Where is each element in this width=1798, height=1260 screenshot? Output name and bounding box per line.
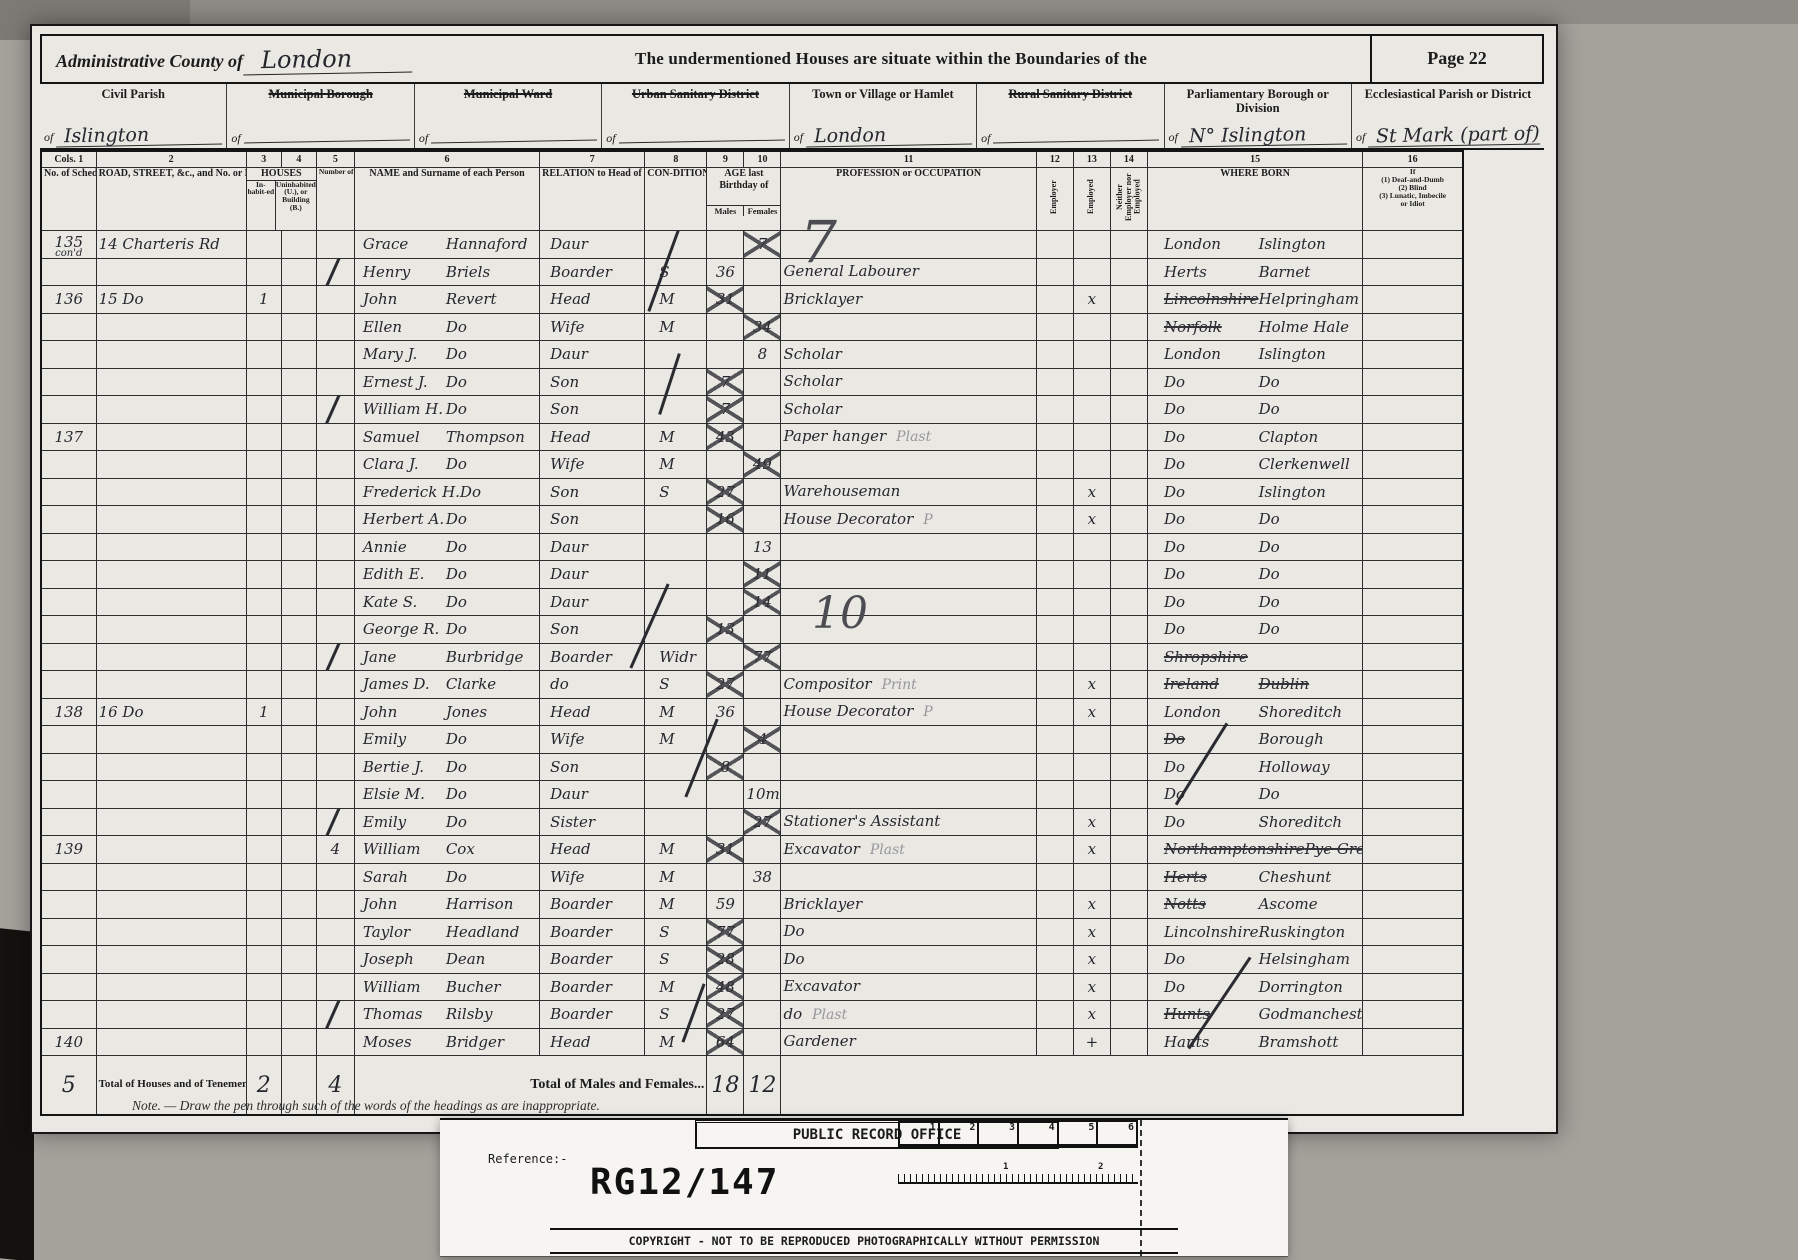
census-row: 138 16 Do 1 JohnJones Head M 36 House De… [41, 698, 1463, 726]
column-number: 7 [540, 151, 645, 168]
column-number: 11 [781, 151, 1036, 168]
road-name [96, 396, 246, 424]
age-female: 10mo [744, 781, 781, 809]
district-value [619, 140, 785, 144]
person-name: JohnRevert [354, 286, 539, 314]
inhabited-mark [246, 561, 281, 589]
schedule-number: 138 [41, 698, 96, 726]
profession [781, 863, 1036, 891]
age-male: 7 [707, 396, 744, 424]
profession [781, 451, 1036, 479]
column-number: Cols. 1 [41, 151, 96, 168]
person-name: Ernest J.Do [354, 368, 539, 396]
relation-to-head: Wife [540, 726, 645, 754]
employed-mark [1073, 533, 1110, 561]
employed-mark: x [1073, 478, 1110, 506]
where-born: NottsAscome [1147, 891, 1362, 919]
schedule-number [41, 478, 96, 506]
employer-mark [1036, 561, 1073, 589]
infirmity [1363, 451, 1463, 479]
district-label: Municipal Borough [231, 87, 409, 101]
infirmity [1363, 1028, 1463, 1056]
schedule-number [41, 808, 96, 836]
schedule-number [41, 506, 96, 534]
relation-to-head: Boarder [540, 891, 645, 919]
person-name: Clara J.Do [354, 451, 539, 479]
person-name: SamuelThompson [354, 423, 539, 451]
age-male: 43 [707, 423, 744, 451]
relation-to-head: Son [540, 368, 645, 396]
ruler-inch-mark: 2 [940, 1122, 980, 1146]
district-value: London [806, 125, 972, 148]
schedule-number: 136 [41, 286, 96, 314]
column-number: 3 [246, 151, 281, 168]
census-row: Kate S.Do Daur 14 DoDo [41, 588, 1463, 616]
inhabited-mark [246, 836, 281, 864]
age-female: 7 [744, 231, 781, 259]
infirmity [1363, 341, 1463, 369]
employed-mark [1073, 368, 1110, 396]
road-name [96, 533, 246, 561]
district-band: Civil Parish of Islington Municipal Boro… [40, 84, 1544, 150]
schedule-number [41, 726, 96, 754]
marital-condition: S [645, 946, 707, 974]
employed-mark: x [1073, 946, 1110, 974]
neither-mark [1110, 506, 1147, 534]
relation-to-head: Head [540, 836, 645, 864]
uninhabited-mark [281, 231, 316, 259]
schedule-number [41, 588, 96, 616]
census-row: George R.Do Son 13 DoDo [41, 616, 1463, 644]
schedule-number [41, 561, 96, 589]
road-name [96, 918, 246, 946]
infirmity [1363, 808, 1463, 836]
neither-mark [1110, 478, 1147, 506]
inhabited-mark [246, 231, 281, 259]
where-born: HertsCheshunt [1147, 863, 1362, 891]
relation-to-head: Head [540, 698, 645, 726]
rooms-count [316, 863, 354, 891]
profession: Scholar [781, 368, 1036, 396]
rooms-count [316, 588, 354, 616]
district-label: Rural Sanitary District [981, 87, 1159, 101]
district-cell: Municipal Borough of [227, 84, 414, 148]
census-row: Ernest J.Do Son 7 Scholar DoDo [41, 368, 1463, 396]
employer-mark [1036, 313, 1073, 341]
marital-condition: M [645, 863, 707, 891]
age-male [707, 533, 744, 561]
uninhabited-mark [281, 643, 316, 671]
where-born: IrelandDublin [1147, 671, 1362, 699]
uninhabited-mark [281, 533, 316, 561]
neither-mark [1110, 341, 1147, 369]
header-where-born: WHERE BORN [1147, 168, 1362, 231]
road-name [96, 258, 246, 286]
road-name [96, 368, 246, 396]
schedule-number [41, 863, 96, 891]
neither-mark [1110, 973, 1147, 1001]
district-of-line: of [231, 131, 409, 146]
schedule-number [41, 891, 96, 919]
employer-mark [1036, 231, 1073, 259]
uninhabited-mark [281, 258, 316, 286]
infirmity [1363, 863, 1463, 891]
totals-schedule: 5 [41, 1056, 96, 1116]
marital-condition [645, 533, 707, 561]
neither-mark [1110, 918, 1147, 946]
district-cell: Municipal Ward of [415, 84, 602, 148]
infirmity [1363, 671, 1463, 699]
person-name: JohnJones [354, 698, 539, 726]
age-male: 16 [707, 506, 744, 534]
age-female [744, 506, 781, 534]
relation-to-head: Son [540, 506, 645, 534]
age-male [707, 561, 744, 589]
header-relation: RELATION to Head of Family [540, 168, 645, 231]
ruler-inch-mark: 3 [979, 1122, 1019, 1146]
employed-mark: x [1073, 671, 1110, 699]
road-name [96, 808, 246, 836]
profession: Bricklayer [781, 286, 1036, 314]
rooms-count: 4 [316, 836, 354, 864]
uninhabited-mark [281, 506, 316, 534]
header-age-males: Males [707, 206, 744, 216]
schedule-number [41, 643, 96, 671]
marital-condition [645, 808, 707, 836]
rooms-count [316, 478, 354, 506]
schedule-number [41, 781, 96, 809]
uninhabited-mark [281, 973, 316, 1001]
profession: Scholar [781, 341, 1036, 369]
neither-mark [1110, 616, 1147, 644]
person-name: Frederick H.Do [354, 478, 539, 506]
uninhabited-mark [281, 451, 316, 479]
ruler-cm-mark: 2 [1098, 1162, 1103, 1172]
uninhabited-mark [281, 863, 316, 891]
road-name [96, 616, 246, 644]
profession [781, 643, 1036, 671]
age-female: 8 [744, 341, 781, 369]
rooms-count [316, 1001, 354, 1029]
rooms-count [316, 643, 354, 671]
census-row: 137 SamuelThompson Head M 43 Paper hange… [41, 423, 1463, 451]
employer-mark [1036, 946, 1073, 974]
employed-mark [1073, 781, 1110, 809]
relation-to-head: Head [540, 1028, 645, 1056]
census-table: Cols. 12345678910111213141516 No. of Sch… [40, 150, 1464, 1116]
age-male [707, 231, 744, 259]
inhabited-mark [246, 396, 281, 424]
infirmity [1363, 726, 1463, 754]
road-name [96, 423, 246, 451]
age-male: 13 [707, 616, 744, 644]
road-name [96, 753, 246, 781]
uninhabited-mark [281, 478, 316, 506]
marital-condition [645, 616, 707, 644]
where-born: HantsBramshott [1147, 1028, 1362, 1056]
employer-mark [1036, 973, 1073, 1001]
person-name: MosesBridger [354, 1028, 539, 1056]
relation-to-head: Wife [540, 863, 645, 891]
inhabited-mark [246, 478, 281, 506]
infirmity [1363, 533, 1463, 561]
uninhabited-mark [281, 671, 316, 699]
rooms-count [316, 781, 354, 809]
inhabited-mark [246, 671, 281, 699]
profession: Bricklayer [781, 891, 1036, 919]
census-row: Bertie J.Do Son 8 DoHolloway [41, 753, 1463, 781]
age-female [744, 478, 781, 506]
uninhabited-mark [281, 423, 316, 451]
marital-condition: M [645, 313, 707, 341]
neither-mark [1110, 561, 1147, 589]
relation-to-head: Daur [540, 588, 645, 616]
relation-to-head: Head [540, 286, 645, 314]
where-born: LondonIslington [1147, 231, 1362, 259]
where-born: DoDo [1147, 588, 1362, 616]
person-name: Bertie J.Do [354, 753, 539, 781]
neither-mark [1110, 1001, 1147, 1029]
marital-condition: S [645, 918, 707, 946]
rooms-count [316, 918, 354, 946]
inhabited-mark [246, 423, 281, 451]
census-row: Frederick H.Do Son S 27 Warehouseman x D… [41, 478, 1463, 506]
employer-mark [1036, 753, 1073, 781]
profession: Scholar [781, 396, 1036, 424]
census-row: Elsie M.Do Daur 10mo DoDo [41, 781, 1463, 809]
header-neither: Neither Employer nor Employed [1110, 168, 1147, 231]
age-female [744, 1028, 781, 1056]
of-label: of [606, 131, 615, 146]
district-label: Urban Sanitary District [606, 87, 784, 101]
census-row: Herbert A.Do Son 16 House DecoratorP x D… [41, 506, 1463, 534]
district-value [244, 140, 410, 144]
relation-to-head: Son [540, 478, 645, 506]
profession: Excavator [781, 973, 1036, 1001]
infirmity [1363, 918, 1463, 946]
relation-to-head: Head [540, 423, 645, 451]
infirmity [1363, 506, 1463, 534]
neither-mark [1110, 313, 1147, 341]
relation-to-head: Son [540, 753, 645, 781]
rooms-count [316, 451, 354, 479]
employer-mark [1036, 451, 1073, 479]
admin-county-label: Administrative County of [56, 51, 243, 72]
schedule-number: 137 [41, 423, 96, 451]
marital-condition: S [645, 258, 707, 286]
employer-mark [1036, 891, 1073, 919]
employer-mark [1036, 643, 1073, 671]
schedule-number [41, 973, 96, 1001]
neither-mark [1110, 588, 1147, 616]
road-name: 15 Do [96, 286, 246, 314]
census-row: 135con'd 14 Charteris Rd GraceHannaford … [41, 231, 1463, 259]
column-number: 8 [645, 151, 707, 168]
road-name [96, 1001, 246, 1029]
column-number: 2 [96, 151, 246, 168]
person-name: Mary J.Do [354, 341, 539, 369]
employed-mark: x [1073, 973, 1110, 1001]
inhabited-mark [246, 918, 281, 946]
relation-to-head: Daur [540, 781, 645, 809]
relation-to-head: Wife [540, 313, 645, 341]
district-cell: Town or Village or Hamlet of London [790, 84, 977, 148]
district-value: St Mark (part of) [1368, 125, 1540, 148]
neither-mark [1110, 231, 1147, 259]
employer-mark [1036, 506, 1073, 534]
employed-mark: x [1073, 286, 1110, 314]
age-female [744, 396, 781, 424]
relation-to-head: Sister [540, 808, 645, 836]
inhabited-mark [246, 1028, 281, 1056]
rooms-count [316, 808, 354, 836]
rooms-count [316, 396, 354, 424]
schedule-number: 135con'd [41, 231, 96, 259]
inhabited-mark [246, 973, 281, 1001]
rooms-count [316, 1028, 354, 1056]
neither-mark [1110, 726, 1147, 754]
uninhabited-mark [281, 918, 316, 946]
age-male: 36 [707, 698, 744, 726]
totals-females: 12 [744, 1056, 781, 1116]
person-name: William H.Do [354, 396, 539, 424]
schedule-number: 139 [41, 836, 96, 864]
person-name: SarahDo [354, 863, 539, 891]
employed-mark [1073, 451, 1110, 479]
person-name: HenryBriels [354, 258, 539, 286]
stamp-ruler: 123456 12 [898, 1120, 1138, 1198]
employer-mark [1036, 918, 1073, 946]
rooms-count [316, 616, 354, 644]
infirmity [1363, 561, 1463, 589]
relation-to-head: Boarder [540, 918, 645, 946]
road-name [96, 588, 246, 616]
marital-condition: M [645, 726, 707, 754]
rooms-count [316, 368, 354, 396]
schedule-number [41, 451, 96, 479]
ruler-inch-mark: 4 [1019, 1122, 1059, 1146]
stamp-reference-label: Reference:- [488, 1152, 567, 1166]
neither-mark [1110, 891, 1147, 919]
infirmity [1363, 781, 1463, 809]
stamp-copyright-text: COPYRIGHT - NOT TO BE REPRODUCED PHOTOGR… [550, 1228, 1178, 1254]
infirmity [1363, 231, 1463, 259]
census-row: 140 MosesBridger Head M 64 Gardener + Ha… [41, 1028, 1463, 1056]
age-female [744, 973, 781, 1001]
inhabited-mark: 1 [246, 286, 281, 314]
marital-condition: M [645, 451, 707, 479]
column-number: 12 [1036, 151, 1073, 168]
road-name [96, 973, 246, 1001]
district-value [993, 140, 1159, 144]
infirmity [1363, 588, 1463, 616]
schedule-number [41, 396, 96, 424]
where-born: Shropshire [1147, 643, 1362, 671]
employer-mark [1036, 286, 1073, 314]
district-cell: Urban Sanitary District of [602, 84, 789, 148]
header-condition: CON-DITION as to Marriage [645, 168, 707, 231]
age-male [707, 313, 744, 341]
where-born: DoBorough [1147, 726, 1362, 754]
marital-condition: S [645, 671, 707, 699]
schedule-number [41, 258, 96, 286]
district-of-line: of [606, 131, 784, 146]
where-born: DoShoreditch [1147, 808, 1362, 836]
schedule-number: 140 [41, 1028, 96, 1056]
profession: Gardener [781, 1028, 1036, 1056]
profession [781, 726, 1036, 754]
where-born: DoDo [1147, 368, 1362, 396]
marital-condition: S [645, 478, 707, 506]
relation-to-head: Daur [540, 341, 645, 369]
header-employed: Employed [1073, 168, 1110, 231]
profession: Do [781, 918, 1036, 946]
relation-to-head: Daur [540, 561, 645, 589]
where-born: DoDorrington [1147, 973, 1362, 1001]
age-female: 14 [744, 588, 781, 616]
employed-mark [1073, 423, 1110, 451]
uninhabited-mark [281, 396, 316, 424]
schedule-number [41, 533, 96, 561]
uninhabited-mark [281, 946, 316, 974]
column-number: 13 [1073, 151, 1110, 168]
header-road: ROAD, STREET, &c., and No. or NAME of HO… [96, 168, 246, 231]
age-female [744, 753, 781, 781]
relation-to-head: Daur [540, 231, 645, 259]
infirmity [1363, 368, 1463, 396]
age-male: 27 [707, 478, 744, 506]
inhabited-mark [246, 726, 281, 754]
pencil-tally-7: 7 [800, 208, 837, 276]
road-name [96, 863, 246, 891]
age-male [707, 808, 744, 836]
uninhabited-mark [281, 753, 316, 781]
page-number: Page 22 [1370, 36, 1542, 82]
header-schedule: No. of Schedule [41, 168, 96, 231]
district-cell: Parliamentary Borough or Division of N° … [1165, 84, 1352, 148]
rooms-count [316, 423, 354, 451]
person-name: JaneBurbridge [354, 643, 539, 671]
schedule-number [41, 341, 96, 369]
road-name [96, 946, 246, 974]
road-name [96, 781, 246, 809]
district-of-line: of [419, 131, 597, 146]
inhabited-mark [246, 643, 281, 671]
infirmity [1363, 891, 1463, 919]
schedule-number [41, 946, 96, 974]
census-row: HenryBriels Boarder S 36 General Laboure… [41, 258, 1463, 286]
employed-mark: x [1073, 836, 1110, 864]
rooms-count [316, 341, 354, 369]
neither-mark [1110, 671, 1147, 699]
inhabited-mark [246, 258, 281, 286]
employed-mark [1073, 396, 1110, 424]
age-female: 34 [744, 313, 781, 341]
person-name: Kate S.Do [354, 588, 539, 616]
employer-mark [1036, 726, 1073, 754]
inhabited-mark [246, 533, 281, 561]
where-born: DoDo [1147, 533, 1362, 561]
age-female [744, 258, 781, 286]
age-male [707, 588, 744, 616]
age-female: 11 [744, 561, 781, 589]
of-label: of [1356, 130, 1365, 145]
column-number: 4 [281, 151, 316, 168]
totals-blank-right [781, 1056, 1463, 1116]
ruler-cm-mark: 1 [1003, 1162, 1008, 1172]
neither-mark [1110, 368, 1147, 396]
age-male: 31 [707, 286, 744, 314]
